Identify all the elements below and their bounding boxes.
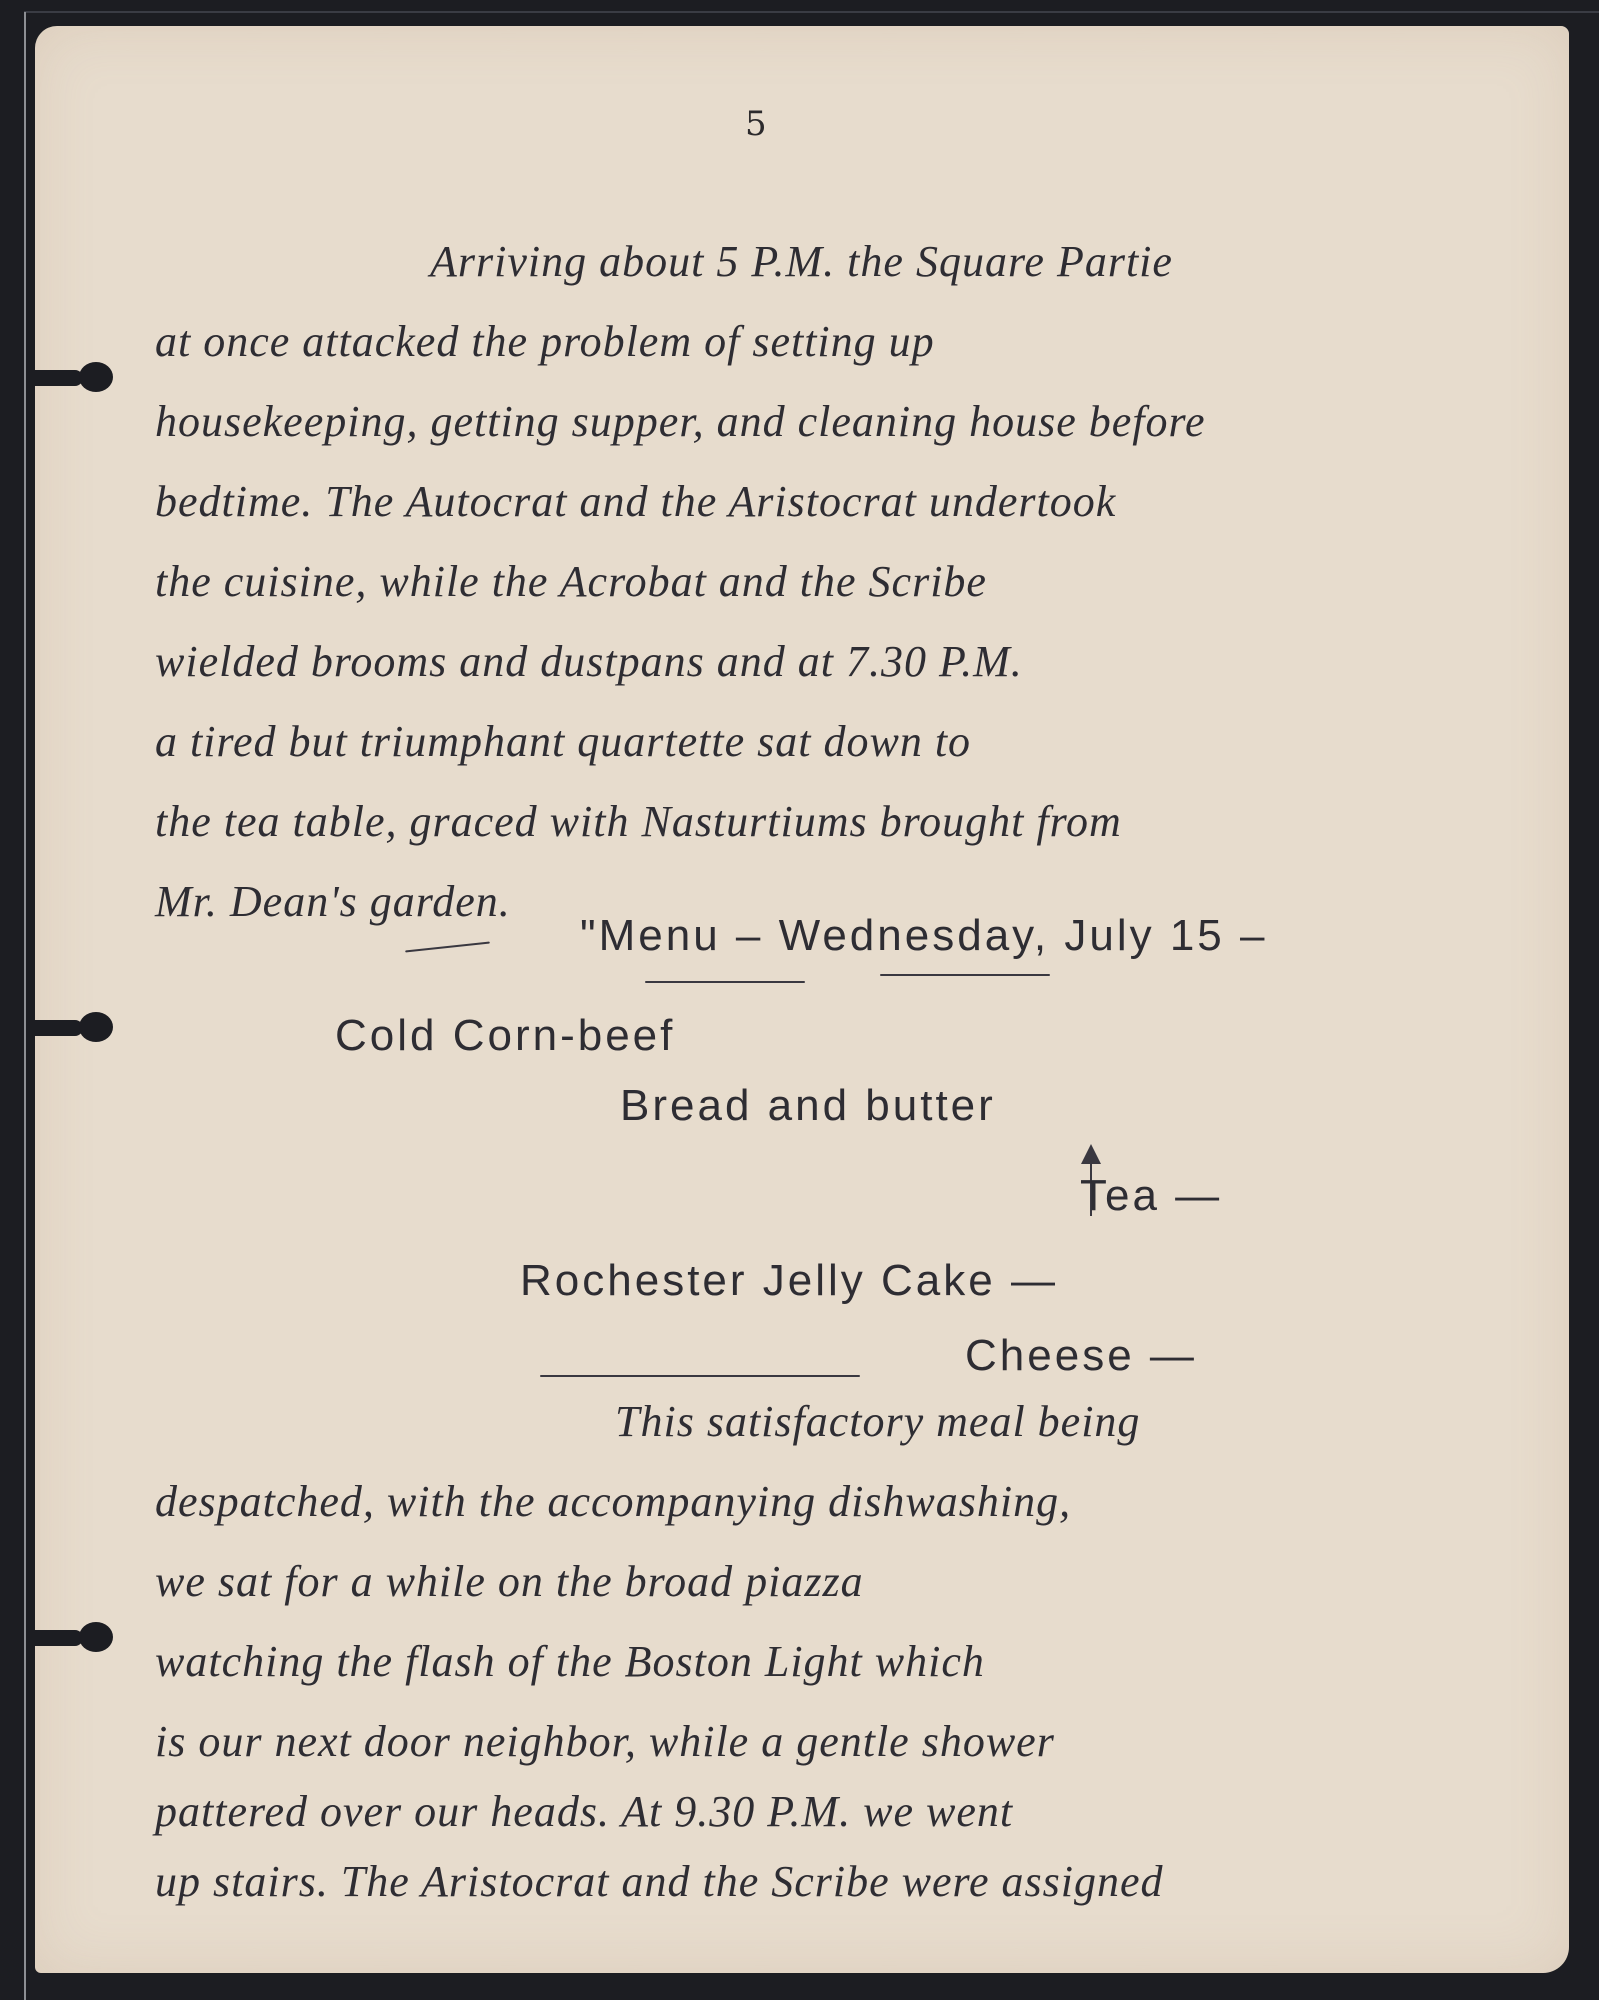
menu-title: "Menu – Wednesday, July 15 –	[580, 911, 1267, 961]
menu-flourish	[405, 942, 490, 953]
text-line: up stairs. The Aristocrat and the Scribe…	[155, 1856, 1455, 1907]
text-line: This satisfactory meal being	[615, 1396, 1599, 1447]
menu-underline	[880, 974, 1050, 976]
text-line: wielded brooms and dustpans and at 7.30 …	[155, 636, 1455, 687]
mount-frame-top	[24, 11, 1599, 13]
page-number: 5	[745, 104, 767, 144]
text-line: housekeeping, getting supper, and cleani…	[155, 396, 1455, 447]
text-line: bedtime. The Autocrat and the Aristocrat…	[155, 476, 1455, 527]
binding-hole	[35, 362, 113, 392]
menu-item: Tea —	[1080, 1171, 1222, 1221]
text-line: is our next door neighbor, while a gentl…	[155, 1716, 1455, 1767]
mount-frame-edge	[24, 12, 26, 2000]
menu-item: Cold Corn-beef	[335, 1011, 675, 1061]
text-line: despatched, with the accompanying dishwa…	[155, 1476, 1455, 1527]
text-line: the cuisine, while the Acrobat and the S…	[155, 556, 1455, 607]
text-line: we sat for a while on the broad piazza	[155, 1556, 1455, 1607]
text-line: pattered over our heads. At 9.30 P.M. we…	[155, 1786, 1455, 1837]
binding-hole	[35, 1012, 113, 1042]
binding-hole	[35, 1622, 113, 1652]
menu-end-rule	[540, 1375, 860, 1377]
text-line: a tired but triumphant quartette sat dow…	[155, 716, 1455, 767]
menu-item: Cheese —	[965, 1331, 1197, 1381]
text-line: watching the flash of the Boston Light w…	[155, 1636, 1455, 1687]
text-line: Arriving about 5 P.M. the Square Partie	[430, 236, 1599, 287]
menu-underline	[645, 981, 805, 983]
menu-item: Rochester Jelly Cake —	[520, 1256, 1058, 1306]
manuscript-page: 5 Arriving about 5 P.M. the Square Parti…	[35, 26, 1569, 1973]
text-line: at once attacked the problem of setting …	[155, 316, 1455, 367]
text-line: the tea table, graced with Nasturtiums b…	[155, 796, 1455, 847]
menu-item: Bread and butter	[620, 1081, 996, 1131]
